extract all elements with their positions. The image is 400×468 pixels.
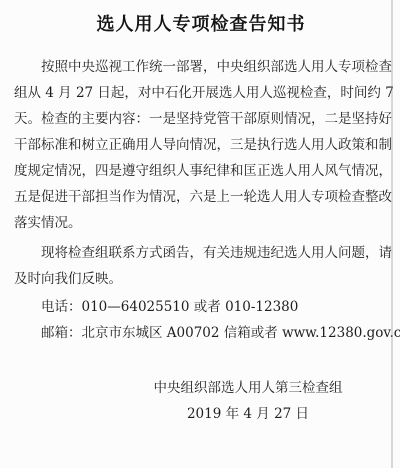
- mail-line: 邮箱：北京市东城区 A00702 信箱或者 www.12380.gov.cn: [14, 320, 388, 346]
- paragraph-line: 落实情况。: [14, 210, 388, 236]
- paragraph-line: 组从 4 月 27 日起，对中石化开展选人用人巡视检查，时间约 7: [14, 80, 388, 106]
- contact-block: 电话：010—64025510 或者 010-12380 邮箱：北京市东城区 A…: [14, 294, 388, 346]
- paragraph-line: 度规定情况，四是遵守组织人事纪律和匡正选人用人风气情况，: [14, 158, 388, 184]
- document-page: 选人用人专项检查告知书 按照中央巡视工作统一部署，中央组织部选人用人专项检查 组…: [0, 0, 400, 468]
- scan-edge-artifact: [391, 0, 393, 468]
- paragraph-line: 现将检查组联系方式函告，有关违规违纪选人用人问题，请: [14, 240, 388, 266]
- paragraph-line: 按照中央巡视工作统一部署，中央组织部选人用人专项检查: [14, 54, 388, 80]
- paragraph-line: 天。检查的主要内容：一是坚持党管干部原则情况，二是坚持好: [14, 106, 388, 132]
- signature-org: 中央组织部选人用人第三检查组: [148, 375, 348, 401]
- signature-date: 2019 年 4 月 27 日: [148, 401, 348, 427]
- paragraph-line: 及时向我们反映。: [14, 266, 388, 292]
- phone-line: 电话：010—64025510 或者 010-12380: [14, 294, 388, 320]
- paragraph-line: 五是促进干部担当作为情况，六是上一轮选人用人专项检查整改: [14, 184, 388, 210]
- document-title: 选人用人专项检查告知书: [14, 10, 388, 40]
- paragraph-2: 现将检查组联系方式函告，有关违规违纪选人用人问题，请 及时向我们反映。: [14, 240, 388, 292]
- signature-block: 中央组织部选人用人第三检查组 2019 年 4 月 27 日: [148, 375, 348, 427]
- paragraph-1: 按照中央巡视工作统一部署，中央组织部选人用人专项检查 组从 4 月 27 日起，…: [14, 54, 388, 236]
- paragraph-line: 干部标准和树立正确用人导向情况，三是执行选人用人政策和制: [14, 132, 388, 158]
